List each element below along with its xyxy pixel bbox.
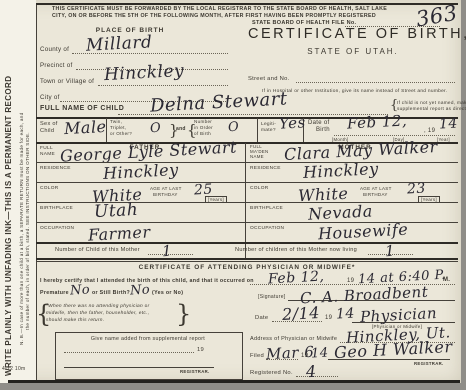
certificate-title: CERTIFICATE OF BIRTH, [248, 26, 458, 42]
father-age-label-line1: AGE AT LAST [150, 186, 182, 191]
legitimate-label-line1: Legiti- [261, 122, 276, 127]
parent-row-rule-1 [36, 162, 458, 163]
mother-age-handwritten: 23 [407, 181, 427, 198]
dob-label-line1: Date of [308, 120, 329, 126]
twin-label-line2: Triplet, [110, 125, 126, 130]
father-birthplace-label: BIRTHPLACE [40, 206, 73, 211]
registered-no-handwritten: 4 [306, 362, 318, 382]
print-code: 4-12 10m [2, 366, 26, 372]
margin-permanent-record-note: WRITE PLAINLY WITH UNFADING INK—THIS IS … [4, 76, 13, 376]
town-handwritten: Hinckley [104, 61, 185, 85]
state-of-utah-subtitle: STATE OF UTAH. [248, 47, 458, 56]
order-label-line1: Number [194, 119, 212, 124]
stillbirth-label: or Still Birth? [92, 290, 130, 296]
and-label: and [176, 126, 186, 132]
left-margin-strip: WRITE PLAINLY WITH UNFADING INK—THIS IS … [0, 0, 36, 383]
city-label: City of [40, 94, 60, 101]
signature-bracket-label: [Signature] [258, 294, 285, 300]
town-label: Town or Village of [40, 78, 94, 85]
mother-age-label-line1: AGE AT LAST [360, 186, 392, 191]
physician-note-brace-right: } [176, 300, 191, 328]
mother-occupation-handwritten: Housewife [318, 220, 409, 244]
filed-year-printed: 19 [301, 353, 308, 359]
certify-year-printed: 19 [347, 278, 354, 284]
forward-instruction-line1: THIS CERTIFICATE MUST BE FORWARDED BY TH… [52, 6, 387, 12]
dob-year-printed: , 19 [424, 128, 435, 134]
county-label: County of [40, 46, 69, 53]
twin-handwritten: O [150, 121, 162, 137]
sex-label-line2: Child [40, 128, 54, 134]
order-handwritten: O [228, 120, 240, 136]
mother-birthplace-label: BIRTHPLACE [250, 206, 283, 211]
order-label-line3: of Birth [194, 131, 211, 136]
physician-date-label: Date [255, 315, 268, 321]
premature-handwritten: No [70, 282, 91, 298]
supplemental-registrar-label: REGISTRAR. [180, 369, 210, 374]
child-name-note-line2: supplemental report as directed [397, 106, 466, 111]
mother-residence-label: RESIDENCE [250, 166, 281, 171]
dob-year-handwritten: 14 [439, 116, 459, 133]
mother-occupation-label: OCCUPATION [250, 226, 284, 231]
legitimate-label-line2: mate? [261, 128, 276, 133]
margin-nb-note-line2: the number of each, in order of birth, s… [25, 132, 30, 330]
mother-birthplace-handwritten: Nevada [308, 201, 374, 223]
child-name-label: FULL NAME OF CHILD [40, 105, 124, 112]
supplemental-date-line [64, 352, 194, 353]
father-name-label-line2: NAME [40, 152, 55, 157]
physician-date-year-handwritten: 14 [336, 306, 356, 323]
sex-handwritten: Male [64, 117, 107, 138]
physician-note-line1: *When there was no attending physician o… [46, 304, 150, 309]
legitimate-handwritten: Yes [279, 113, 307, 132]
scanned-birth-certificate: WRITE PLAINLY WITH UNFADING INK—THIS IS … [0, 0, 466, 390]
section-double-rule-b [36, 261, 458, 262]
physician-date-year-printed: 19 [325, 315, 332, 321]
mother-residence-handwritten: Hinckley [303, 159, 380, 182]
street-line [296, 82, 455, 83]
mother-color-label: COLOR [250, 186, 269, 191]
certificate-paper: WRITE PLAINLY WITH UNFADING INK—THIS IS … [0, 0, 461, 383]
address-label: Address of Physician or Midwife [250, 336, 337, 342]
hospital-note: If in Hospital or other Institution, giv… [262, 89, 447, 94]
father-residence-handwritten: Hinckley [103, 160, 180, 183]
supplemental-year-printed: 19 [197, 347, 204, 353]
child-row-divider-2 [257, 118, 258, 142]
twin-label-line3: or Other? [110, 131, 132, 136]
physician-date-handwritten: 2/14 [282, 303, 321, 324]
filed-year-handwritten: 14 [311, 346, 329, 362]
certify-m-label: M. [443, 277, 450, 283]
order-label-line2: in Order [194, 125, 213, 130]
children-living-label: Number of children of this Mother now li… [235, 247, 357, 253]
bottom-edge-rule [8, 380, 460, 383]
registered-no-label: Registered No. [250, 370, 293, 376]
child-number-label: Number of Child of this Mother [55, 247, 140, 253]
parent-column-divider [245, 143, 246, 258]
precinct-label: Precinct of [40, 62, 73, 69]
twin-label-line1: Twin, [110, 119, 122, 124]
county-handwritten: Millard [86, 32, 153, 55]
margin-nb-note-line1: N. B.—In case of more than one child at … [19, 113, 24, 346]
street-label: Street and No. [248, 76, 290, 82]
forward-instruction-line2: CITY, ON OR BEFORE THE 5TH OF THE FOLLOW… [52, 13, 376, 19]
mother-age-label-line2: BIRTHDAY [363, 192, 388, 197]
dob-handwritten: Feb 12, [347, 111, 408, 132]
town-line [98, 85, 228, 86]
sex-label-line1: Sex of [40, 121, 58, 127]
child-name-handwritten: Delna Stewart [150, 88, 289, 116]
certify-date-handwritten: Feb 12, [268, 269, 325, 288]
father-name-label-line1: FULL [40, 146, 53, 151]
mother-name-label-line3: NAME [250, 154, 264, 159]
section-double-rule-a [36, 258, 458, 260]
stillbirth-handwritten: No [130, 282, 151, 298]
premature-label: Premature [40, 290, 69, 296]
filing-registrar-label: REGISTRAR. [414, 361, 444, 366]
father-color-label: COLOR [40, 186, 59, 191]
physician-note-line2: midwife, then the father, householder, e… [46, 311, 149, 316]
father-residence-label: RESIDENCE [40, 166, 71, 171]
parent-row-rule-2 [36, 182, 458, 183]
supplemental-label: Give name added from supplemental report [58, 336, 238, 342]
supplemental-registrar-line [64, 367, 214, 368]
top-border-rule [36, 3, 458, 5]
physician-note-line3: should make this return. [46, 318, 104, 323]
filed-label: Filed [250, 353, 264, 359]
yes-or-no-label: (Yes or No) [152, 290, 183, 296]
dob-label-line2: Birth [316, 127, 330, 133]
father-occupation-label: OCCUPATION [40, 226, 74, 231]
child-name-note-line1: If child is not yet named, make [397, 100, 466, 105]
father-birthplace-handwritten: Utah [94, 200, 139, 222]
year-bracket-label: [Year] [437, 137, 450, 142]
father-age-label-line2: BIRTHDAY [153, 192, 178, 197]
